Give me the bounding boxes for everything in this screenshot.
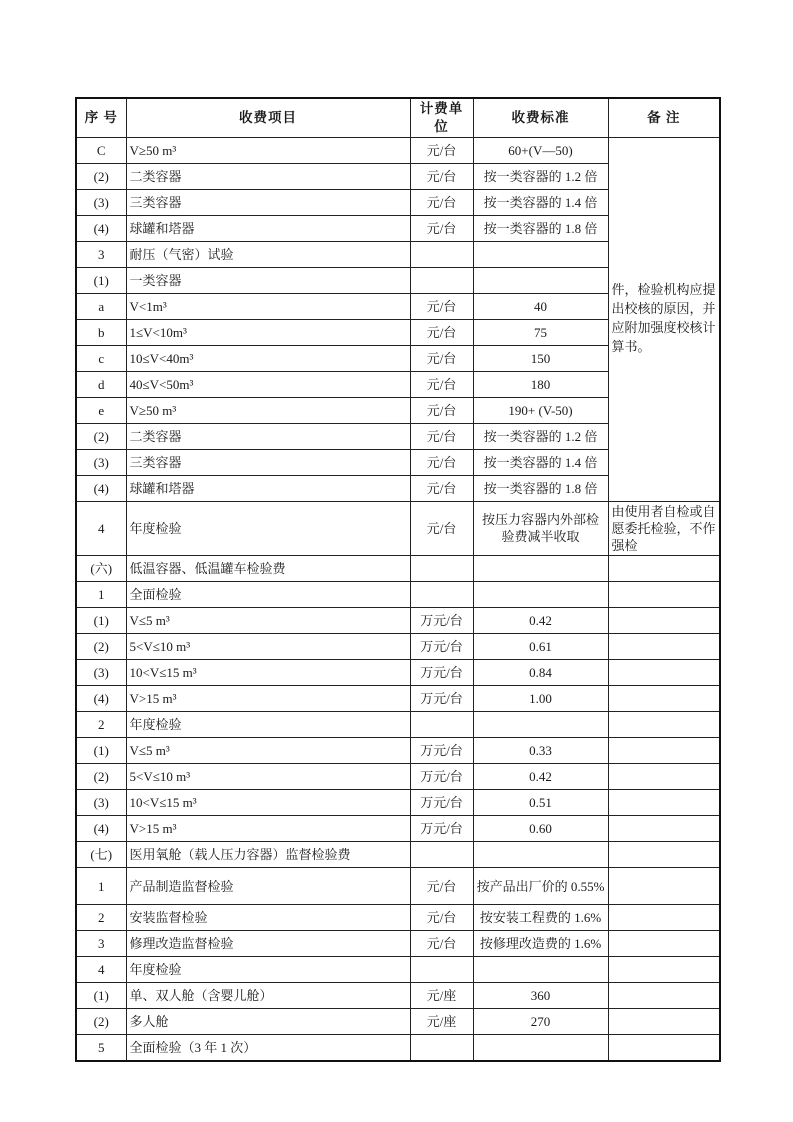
col-header-item: 收费项目 xyxy=(126,98,410,137)
cell-standard: 按压力容器内外部检验费减半收取 xyxy=(473,501,608,555)
cell-unit: 元/台 xyxy=(410,293,473,319)
cell-remark: 由使用者自检或自愿委托检验，不作强检 xyxy=(608,501,720,555)
table-row: (4) V>15 m³ 万元/台 0.60 xyxy=(76,816,720,842)
cell-remark xyxy=(608,983,720,1009)
cell-remark xyxy=(608,905,720,931)
cell-remark xyxy=(608,1035,720,1062)
cell-unit: 元/台 xyxy=(410,475,473,501)
cell-standard: 按一类容器的 1.2 倍 xyxy=(473,423,608,449)
cell-seq: (3) xyxy=(76,790,126,816)
cell-unit: 万元/台 xyxy=(410,660,473,686)
cell-item: 医用氧舱（载人压力容器）监督检验费 xyxy=(126,842,410,868)
cell-item: 全面检验（3 年 1 次） xyxy=(126,1035,410,1062)
cell-item: 年度检验 xyxy=(126,957,410,983)
cell-remark xyxy=(608,957,720,983)
cell-remark xyxy=(608,931,720,957)
cell-unit: 元/台 xyxy=(410,449,473,475)
table-row: (3) 10<V≤15 m³ 万元/台 0.84 xyxy=(76,660,720,686)
cell-remark xyxy=(608,608,720,634)
col-header-remark: 备 注 xyxy=(608,98,720,137)
cell-standard: 0.33 xyxy=(473,738,608,764)
cell-unit: 元/台 xyxy=(410,215,473,241)
cell-item: 全面检验 xyxy=(126,582,410,608)
cell-seq: (3) xyxy=(76,189,126,215)
cell-item: 5<V≤10 m³ xyxy=(126,764,410,790)
cell-seq: 2 xyxy=(76,905,126,931)
cell-seq: c xyxy=(76,345,126,371)
cell-item: V≤5 m³ xyxy=(126,738,410,764)
cell-item: V≥50 m³ xyxy=(126,137,410,163)
cell-item: 一类容器 xyxy=(126,267,410,293)
cell-unit: 元/台 xyxy=(410,137,473,163)
cell-item: 二类容器 xyxy=(126,423,410,449)
cell-seq: 4 xyxy=(76,501,126,555)
table-row: 1 全面检验 xyxy=(76,582,720,608)
cell-unit: 元/台 xyxy=(410,163,473,189)
cell-item: 单、双人舱（含婴儿舱） xyxy=(126,983,410,1009)
cell-standard: 40 xyxy=(473,293,608,319)
cell-item: 5<V≤10 m³ xyxy=(126,634,410,660)
cell-item: 耐压（气密）试验 xyxy=(126,241,410,267)
cell-standard: 按一类容器的 1.8 倍 xyxy=(473,215,608,241)
cell-item: V>15 m³ xyxy=(126,686,410,712)
cell-remark-merged: 件，检验机构应提出校核的原因，并应附加强度校核计算书。 xyxy=(608,137,720,501)
cell-remark xyxy=(608,634,720,660)
cell-standard: 0.60 xyxy=(473,816,608,842)
cell-remark xyxy=(608,842,720,868)
cell-item: 修理改造监督检验 xyxy=(126,931,410,957)
cell-standard: 按一类容器的 1.8 倍 xyxy=(473,475,608,501)
cell-seq: e xyxy=(76,397,126,423)
table-row: (4) V>15 m³ 万元/台 1.00 xyxy=(76,686,720,712)
cell-seq: (3) xyxy=(76,660,126,686)
col-header-unit: 计费单位 xyxy=(410,98,473,137)
cell-remark xyxy=(608,790,720,816)
table-row: (1) 单、双人舱（含婴儿舱） 元/座 360 xyxy=(76,983,720,1009)
cell-unit: 元/台 xyxy=(410,423,473,449)
cell-seq: d xyxy=(76,371,126,397)
cell-remark xyxy=(608,660,720,686)
cell-seq: (1) xyxy=(76,267,126,293)
cell-remark xyxy=(608,582,720,608)
cell-seq: (七) xyxy=(76,842,126,868)
table-row: 3 修理改造监督检验 元/台 按修理改造费的 1.6% xyxy=(76,931,720,957)
cell-standard: 180 xyxy=(473,371,608,397)
table-row: 2 年度检验 xyxy=(76,712,720,738)
cell-standard: 0.51 xyxy=(473,790,608,816)
cell-standard: 按安装工程费的 1.6% xyxy=(473,905,608,931)
cell-item: 三类容器 xyxy=(126,449,410,475)
cell-seq: 5 xyxy=(76,1035,126,1062)
cell-unit: 元/台 xyxy=(410,868,473,905)
cell-standard: 0.42 xyxy=(473,764,608,790)
cell-standard: 按产品出厂价的 0.55% xyxy=(473,868,608,905)
cell-standard: 75 xyxy=(473,319,608,345)
cell-item: 年度检验 xyxy=(126,501,410,555)
fee-table: 序 号 收费项目 计费单位 收费标准 备 注 C V≥50 m³ 元/台 60+… xyxy=(75,97,721,1062)
cell-seq: 2 xyxy=(76,712,126,738)
table-row: 2 安装监督检验 元/台 按安装工程费的 1.6% xyxy=(76,905,720,931)
cell-unit xyxy=(410,842,473,868)
cell-unit: 元/台 xyxy=(410,371,473,397)
cell-seq: (4) xyxy=(76,816,126,842)
cell-seq: (2) xyxy=(76,1009,126,1035)
cell-standard xyxy=(473,241,608,267)
table-row: (七) 医用氧舱（载人压力容器）监督检验费 xyxy=(76,842,720,868)
document-page: 序 号 收费项目 计费单位 收费标准 备 注 C V≥50 m³ 元/台 60+… xyxy=(0,0,793,1122)
cell-item: 低温容器、低温罐车检验费 xyxy=(126,556,410,582)
cell-item: 1≤V<10m³ xyxy=(126,319,410,345)
cell-seq: (1) xyxy=(76,983,126,1009)
table-row: (2) 5<V≤10 m³ 万元/台 0.42 xyxy=(76,764,720,790)
cell-remark xyxy=(608,816,720,842)
table-row: (1) V≤5 m³ 万元/台 0.33 xyxy=(76,738,720,764)
cell-item: 10<V≤15 m³ xyxy=(126,790,410,816)
cell-seq: 1 xyxy=(76,868,126,905)
cell-unit: 万元/台 xyxy=(410,686,473,712)
cell-standard: 按一类容器的 1.4 倍 xyxy=(473,189,608,215)
cell-seq: 4 xyxy=(76,957,126,983)
cell-seq: (2) xyxy=(76,163,126,189)
cell-unit: 元/台 xyxy=(410,319,473,345)
cell-standard: 270 xyxy=(473,1009,608,1035)
cell-unit: 元/座 xyxy=(410,1009,473,1035)
cell-standard: 1.00 xyxy=(473,686,608,712)
table-row: C V≥50 m³ 元/台 60+(V—50) 件，检验机构应提出校核的原因，并… xyxy=(76,137,720,163)
table-row: (六) 低温容器、低温罐车检验费 xyxy=(76,556,720,582)
cell-item: 40≤V<50m³ xyxy=(126,371,410,397)
cell-unit: 元/座 xyxy=(410,983,473,1009)
cell-item: 二类容器 xyxy=(126,163,410,189)
cell-item: 多人舱 xyxy=(126,1009,410,1035)
cell-seq: C xyxy=(76,137,126,163)
cell-item: 10≤V<40m³ xyxy=(126,345,410,371)
cell-standard: 0.61 xyxy=(473,634,608,660)
cell-seq: (2) xyxy=(76,634,126,660)
cell-unit xyxy=(410,556,473,582)
cell-unit xyxy=(410,267,473,293)
table-row: (2) 多人舱 元/座 270 xyxy=(76,1009,720,1035)
cell-seq: (4) xyxy=(76,686,126,712)
cell-unit: 万元/台 xyxy=(410,764,473,790)
cell-seq: a xyxy=(76,293,126,319)
cell-unit: 万元/台 xyxy=(410,608,473,634)
cell-remark xyxy=(608,1009,720,1035)
cell-remark xyxy=(608,868,720,905)
cell-item: V>15 m³ xyxy=(126,816,410,842)
col-header-seq: 序 号 xyxy=(76,98,126,137)
cell-item: 安装监督检验 xyxy=(126,905,410,931)
table-row: 5 全面检验（3 年 1 次） xyxy=(76,1035,720,1062)
cell-seq: (2) xyxy=(76,764,126,790)
cell-unit xyxy=(410,241,473,267)
cell-seq: (1) xyxy=(76,738,126,764)
cell-standard: 60+(V—50) xyxy=(473,137,608,163)
cell-item: V<1m³ xyxy=(126,293,410,319)
cell-standard xyxy=(473,267,608,293)
cell-remark xyxy=(608,556,720,582)
cell-unit: 元/台 xyxy=(410,905,473,931)
cell-seq: 3 xyxy=(76,931,126,957)
cell-unit: 元/台 xyxy=(410,345,473,371)
cell-unit: 万元/台 xyxy=(410,634,473,660)
cell-remark xyxy=(608,686,720,712)
cell-standard: 190+ (V-50) xyxy=(473,397,608,423)
cell-unit: 元/台 xyxy=(410,931,473,957)
cell-seq: b xyxy=(76,319,126,345)
col-header-standard: 收费标准 xyxy=(473,98,608,137)
cell-seq: (4) xyxy=(76,475,126,501)
cell-item: V≥50 m³ xyxy=(126,397,410,423)
cell-remark xyxy=(608,712,720,738)
cell-unit: 万元/台 xyxy=(410,816,473,842)
cell-unit: 元/台 xyxy=(410,501,473,555)
cell-standard: 0.84 xyxy=(473,660,608,686)
cell-standard xyxy=(473,712,608,738)
cell-unit xyxy=(410,1035,473,1062)
cell-seq: (3) xyxy=(76,449,126,475)
cell-item: 10<V≤15 m³ xyxy=(126,660,410,686)
cell-unit: 万元/台 xyxy=(410,790,473,816)
cell-item: 三类容器 xyxy=(126,189,410,215)
table-row: (3) 10<V≤15 m³ 万元/台 0.51 xyxy=(76,790,720,816)
cell-standard xyxy=(473,1035,608,1062)
cell-item: 球罐和塔器 xyxy=(126,215,410,241)
cell-seq: 1 xyxy=(76,582,126,608)
cell-seq: 3 xyxy=(76,241,126,267)
table-row: (2) 5<V≤10 m³ 万元/台 0.61 xyxy=(76,634,720,660)
cell-standard: 按一类容器的 1.4 倍 xyxy=(473,449,608,475)
cell-unit: 万元/台 xyxy=(410,738,473,764)
cell-seq: (4) xyxy=(76,215,126,241)
table-row: 4 年度检验 元/台 按压力容器内外部检验费减半收取 由使用者自检或自愿委托检验… xyxy=(76,501,720,555)
cell-standard: 按修理改造费的 1.6% xyxy=(473,931,608,957)
cell-item: V≤5 m³ xyxy=(126,608,410,634)
cell-remark xyxy=(608,764,720,790)
cell-standard xyxy=(473,556,608,582)
cell-standard xyxy=(473,582,608,608)
table-row: (1) V≤5 m³ 万元/台 0.42 xyxy=(76,608,720,634)
cell-standard xyxy=(473,842,608,868)
table-row: 4 年度检验 xyxy=(76,957,720,983)
table-row: 1 产品制造监督检验 元/台 按产品出厂价的 0.55% xyxy=(76,868,720,905)
cell-standard: 360 xyxy=(473,983,608,1009)
cell-seq: (2) xyxy=(76,423,126,449)
cell-standard: 按一类容器的 1.2 倍 xyxy=(473,163,608,189)
cell-unit xyxy=(410,582,473,608)
cell-seq: (1) xyxy=(76,608,126,634)
cell-item: 年度检验 xyxy=(126,712,410,738)
cell-item: 产品制造监督检验 xyxy=(126,868,410,905)
cell-unit xyxy=(410,957,473,983)
cell-unit: 元/台 xyxy=(410,189,473,215)
cell-standard: 0.42 xyxy=(473,608,608,634)
cell-unit xyxy=(410,712,473,738)
header-row: 序 号 收费项目 计费单位 收费标准 备 注 xyxy=(76,98,720,137)
cell-item: 球罐和塔器 xyxy=(126,475,410,501)
cell-seq: (六) xyxy=(76,556,126,582)
cell-remark xyxy=(608,738,720,764)
cell-standard: 150 xyxy=(473,345,608,371)
cell-unit: 元/台 xyxy=(410,397,473,423)
cell-standard xyxy=(473,957,608,983)
